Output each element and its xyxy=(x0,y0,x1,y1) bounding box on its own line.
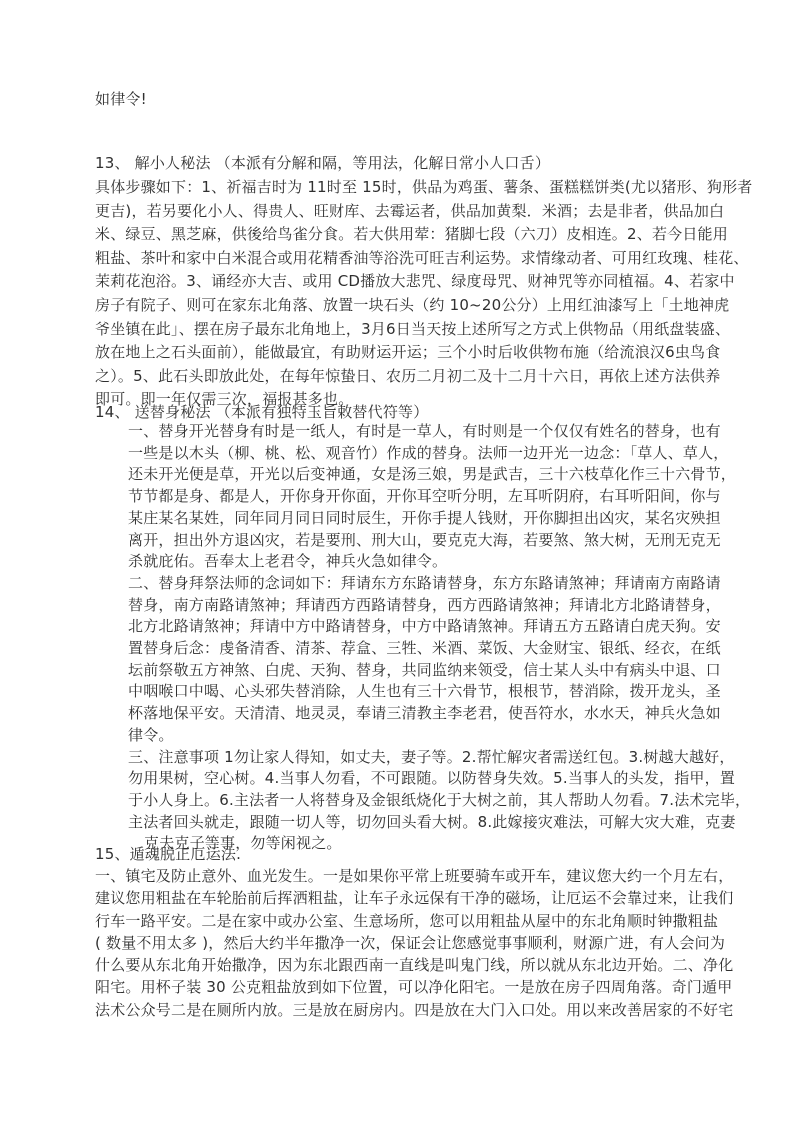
text-line: 之）。5、此石头即放此处，在每年惊蛰日、农历二月初二及十二月十六日，再依上述方法… xyxy=(95,365,753,389)
section-15-body: 一、镇宅及防止意外、血光发生。一是如果你平常上班要骑车或开车，建议您大约一个月左… xyxy=(95,865,733,1021)
text-line: 更吉)，若另要化小人、得贵人、旺财库、去霉运者，供品加黄梨．米酒；去是非者，供品… xyxy=(95,200,753,224)
text-line: 一、镇宅及防止意外、血光发生。一是如果你平常上班要骑车或开车，建议您大约一个月左… xyxy=(95,865,733,887)
text-line: 律令。 xyxy=(128,725,750,747)
text-line: 放在地上之石头面前），能做最宜，有助财运开运；三个小时后收供物布施（给流浪汉6虫… xyxy=(95,341,753,365)
section-13-body: 具体步骤如下：1、祈福吉时为 11时至 15时，供品为鸡蛋、薯条、蛋糕糕饼类(尤… xyxy=(95,176,753,412)
text-line: 离开，担出外方退凶灾，若是要刑、刑大山，要克克大海，若要煞、煞大树，无刑无克无 xyxy=(128,530,750,552)
text-line: 杯落地保平安。天清清、地灵灵，奉请三清教主李老君，使吾符水，水水天，神兵火急如 xyxy=(128,703,750,725)
text-line: 行车一路平安。二是在家中或办公室、生意场所，您可以用粗盐从屋中的东北角顺时钟撒粗… xyxy=(95,910,733,932)
text-line: 茉莉花泡浴。3、诵经亦大吉、或用 CD播放大悲咒、绿度母咒、财神咒等亦同植福。4… xyxy=(95,270,753,294)
text-line: 法术公众号二是在厕所内放。三是放在厨房内。四是放在大门入口处。用以来改善居家的不… xyxy=(95,999,733,1021)
text-line: 米、绿豆、黑芝麻，供後给鸟雀分食。若大供用荤：猪脚七段（六刀）皮相连。2、若今日… xyxy=(95,223,753,247)
text-line: 中咽喉口中喝、心头邪失替消除，人生也有三十六骨节，根根节，替消除，拨开龙头，圣 xyxy=(128,681,750,703)
text-line: 三、注意事项 1勿让家人得知，如丈夫，妻子等。2.帮忙解灾者需送红包。3.树越大… xyxy=(128,747,750,769)
text-line: 坛前祭敬五方神煞、白虎、天狗、替身，共同监纳来领受，信士某人头中有病头中退、口 xyxy=(128,660,750,682)
text-line: 还未开光便是草，开光以后变神通，女是汤三娘，男是武吉，三十六枝草化作三十六骨节， xyxy=(128,464,750,486)
text-line: 阳宅。用杯子装 30 公克粗盐放到如下位置，可以净化阳宅。一是放在房子四周角落。… xyxy=(95,976,733,998)
text-line: 建议您用粗盐在车轮胎前后挥洒粗盐，让车子永远保有干净的磁场，让厄运不会靠过来，让… xyxy=(95,887,733,909)
text-line: 勿用果树，空心树。4.当事人勿看，不可跟随。以防替身失效。5.当事人的头发，指甲… xyxy=(128,768,750,790)
text-line: 二、替身拜祭法师的念词如下：拜请东方东路请替身，东方东路请煞神；拜请南方南路请 xyxy=(128,573,750,595)
text-line: ( 数量不用太多 )，然后大约半年撒净一次，保证会让您感觉事事顺利，财源广进，有… xyxy=(95,932,733,954)
text-line: 房子有院子、则可在家东北角落、放置一块石头（约 10~20公分）上用红油漆写上「… xyxy=(95,294,753,318)
document-page: 如律令! 13、 解小人秘法 （本派有分解和隔，等用法，化解日常小人口舌） 具体… xyxy=(0,0,794,1122)
text-line: 爷坐镇在此」、摆在房子最东北角地上，3月6日当天按上述所写之方式上供物品（用纸盘… xyxy=(95,318,753,342)
section-14-heading: 14、 送替身秘法 （本派有独特玉旨敕替代符等） xyxy=(95,401,428,423)
text-line: 置替身后念：虔备清香、清茶、荐盒、三牲、米酒、菜饭、大金财宝、银纸、经衣，在纸 xyxy=(128,638,750,660)
closing-incantation-line: 如律令! xyxy=(95,88,147,112)
text-line: 节节都是身、都是人，开你身开你面，开你耳空听分明，左耳听阴府，右耳听阳间，你与 xyxy=(128,486,750,508)
section-14-body: 一、替身开光替身有时是一纸人，有时是一草人，有时则是一个仅仅有姓名的替身，也有一… xyxy=(128,421,750,855)
text-line: 某庄某名某姓，同年同月同日同时辰生，开你手提人钱财，开你脚担出凶灾，某名灾殃担 xyxy=(128,508,750,530)
text-line: 杀就庇佑。吾奉太上老君令，神兵火急如律令。 xyxy=(128,551,750,573)
text-line: 北方北路请煞神；拜请中方中路请替身，中方中路请煞神。拜请五方五路请白虎天狗。安 xyxy=(128,616,750,638)
text-line: 主法者回头就走，跟随一切人等，切勿回头看大树。8.此嫁接灾难法，可解大灾大难，克… xyxy=(128,812,750,834)
text-line: 一些是以木头（柳、桃、松、观音竹）作成的替身。法师一边开光一边念：「草人、草人， xyxy=(128,443,750,465)
text-line: 一、替身开光替身有时是一纸人，有时是一草人，有时则是一个仅仅有姓名的替身，也有 xyxy=(128,421,750,443)
text-line: 粗盐、茶叶和家中白米混合或用花精香油等浴洗可旺吉利运势。求情缘动者、可用红玫瑰、… xyxy=(95,247,753,271)
text-line: 什么要从东北角开始撒净，因为东北跟西南一直线是叫鬼门线，所以就从东北边开始。二、… xyxy=(95,954,733,976)
text-line: 具体步骤如下：1、祈福吉时为 11时至 15时，供品为鸡蛋、薯条、蛋糕糕饼类(尤… xyxy=(95,176,753,200)
text-line: 替身，南方南路请煞神；拜请西方西路请替身，西方西路请煞神；拜请北方北路请替身， xyxy=(128,595,750,617)
text-line: 于小人身上。6.主法者一人将替身及金银纸烧化于大树之前，其人帮助人勿看。7.法术… xyxy=(128,790,750,812)
section-13-heading: 13、 解小人秘法 （本派有分解和隔，等用法，化解日常小人口舌） xyxy=(95,152,550,176)
section-15-heading: 15、遁魂脱正厄运法. xyxy=(95,843,241,865)
